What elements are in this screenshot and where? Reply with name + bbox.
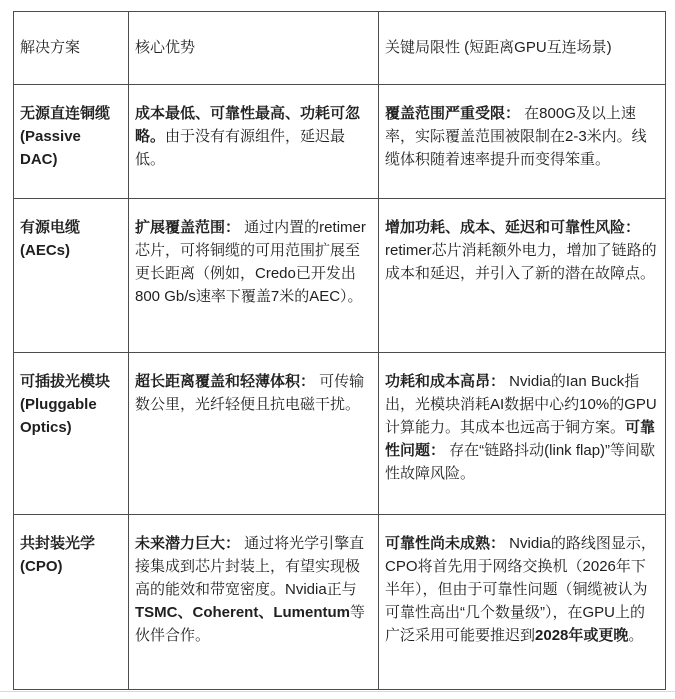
table-row: 无源直连铜缆 (Passive DAC)成本最低、可靠性最高、功耗可忽略。由于没… bbox=[14, 85, 666, 199]
header-cell-limitation: 关键局限性 (短距离GPU互连场景) bbox=[379, 12, 666, 85]
bold-text-segment: 2028年或更晚 bbox=[535, 627, 628, 644]
header-cell-advantage: 核心优势 bbox=[129, 12, 379, 85]
solution-cell: 有源电缆 (AECs) bbox=[14, 199, 129, 353]
bold-text-segment: 共封装光学 (CPO) bbox=[20, 535, 95, 575]
table-header: 解决方案 核心优势 关键局限性 (短距离GPU互连场景) bbox=[14, 12, 666, 85]
bold-text-segment: 未来潜力巨大： bbox=[135, 535, 240, 552]
bold-text-segment: 可靠性尚未成熟： bbox=[385, 535, 505, 552]
bold-text-segment: 有源电缆 (AECs) bbox=[20, 219, 80, 259]
bold-text-segment: TSMC、Coherent、Lumentum bbox=[135, 604, 350, 621]
bold-text-segment: 覆盖范围严重受限： bbox=[385, 105, 520, 122]
solution-cell: 共封装光学 (CPO) bbox=[14, 515, 129, 690]
text-segment: 。 bbox=[628, 627, 643, 644]
limitation-cell: 可靠性尚未成熟： Nvidia的路线图显示，CPO将首先用于网络交换机（2026… bbox=[379, 515, 666, 690]
advantage-cell: 超长距离覆盖和轻薄体积： 可传输数公里，光纤轻便且抗电磁干扰。 bbox=[129, 353, 379, 515]
limitation-cell: 功耗和成本高昂： Nvidia的Ian Buck指出，光模块消耗AI数据中心约1… bbox=[379, 353, 666, 515]
table-row: 共封装光学 (CPO)未来潜力巨大： 通过将光学引擎直接集成到芯片封装上，有望实… bbox=[14, 515, 666, 690]
text-segment: retimer芯片消耗额外电力，增加了链路的成本和延迟，并引入了新的潜在故障点。 bbox=[385, 242, 657, 282]
advantage-cell: 未来潜力巨大： 通过将光学引擎直接集成到芯片封装上，有望实现极高的能效和带宽密度… bbox=[129, 515, 379, 690]
bold-text-segment: 超长距离覆盖和轻薄体积： bbox=[135, 373, 315, 390]
table-row: 可插拔光模块 (Pluggable Optics)超长距离覆盖和轻薄体积： 可传… bbox=[14, 353, 666, 515]
limitation-cell: 覆盖范围严重受限： 在800G及以上速率，实际覆盖范围被限制在2-3米内。线缆体… bbox=[379, 85, 666, 199]
solution-cell: 无源直连铜缆 (Passive DAC) bbox=[14, 85, 129, 199]
header-cell-solution: 解决方案 bbox=[14, 12, 129, 85]
advantage-cell: 成本最低、可靠性最高、功耗可忽略。由于没有有源组件，延迟最低。 bbox=[129, 85, 379, 199]
bold-text-segment: 功耗和成本高昂： bbox=[385, 373, 505, 390]
text-segment: 由于没有有源组件，延迟最低。 bbox=[135, 128, 345, 168]
table-row: 有源电缆 (AECs)扩展覆盖范围： 通过内置的retimer芯片，可将铜缆的可… bbox=[14, 199, 666, 353]
bold-text-segment: 扩展覆盖范围： bbox=[135, 219, 240, 236]
page: 解决方案 核心优势 关键局限性 (短距离GPU互连场景) 无源直连铜缆 (Pas… bbox=[0, 0, 675, 699]
table-body: 无源直连铜缆 (Passive DAC)成本最低、可靠性最高、功耗可忽略。由于没… bbox=[14, 85, 666, 690]
comparison-table: 解决方案 核心优势 关键局限性 (短距离GPU互连场景) 无源直连铜缆 (Pas… bbox=[13, 11, 666, 690]
bold-text-segment: 增加功耗、成本、延迟和可靠性风险： bbox=[385, 219, 640, 236]
bottom-divider bbox=[0, 691, 675, 692]
header-row: 解决方案 核心优势 关键局限性 (短距离GPU互连场景) bbox=[14, 12, 666, 85]
limitation-cell: 增加功耗、成本、延迟和可靠性风险： retimer芯片消耗额外电力，增加了链路的… bbox=[379, 199, 666, 353]
advantage-cell: 扩展覆盖范围： 通过内置的retimer芯片，可将铜缆的可用范围扩展至更长距离（… bbox=[129, 199, 379, 353]
solution-cell: 可插拔光模块 (Pluggable Optics) bbox=[14, 353, 129, 515]
bold-text-segment: 可插拔光模块 (Pluggable Optics) bbox=[20, 373, 110, 436]
bold-text-segment: 无源直连铜缆 (Passive DAC) bbox=[20, 105, 110, 168]
